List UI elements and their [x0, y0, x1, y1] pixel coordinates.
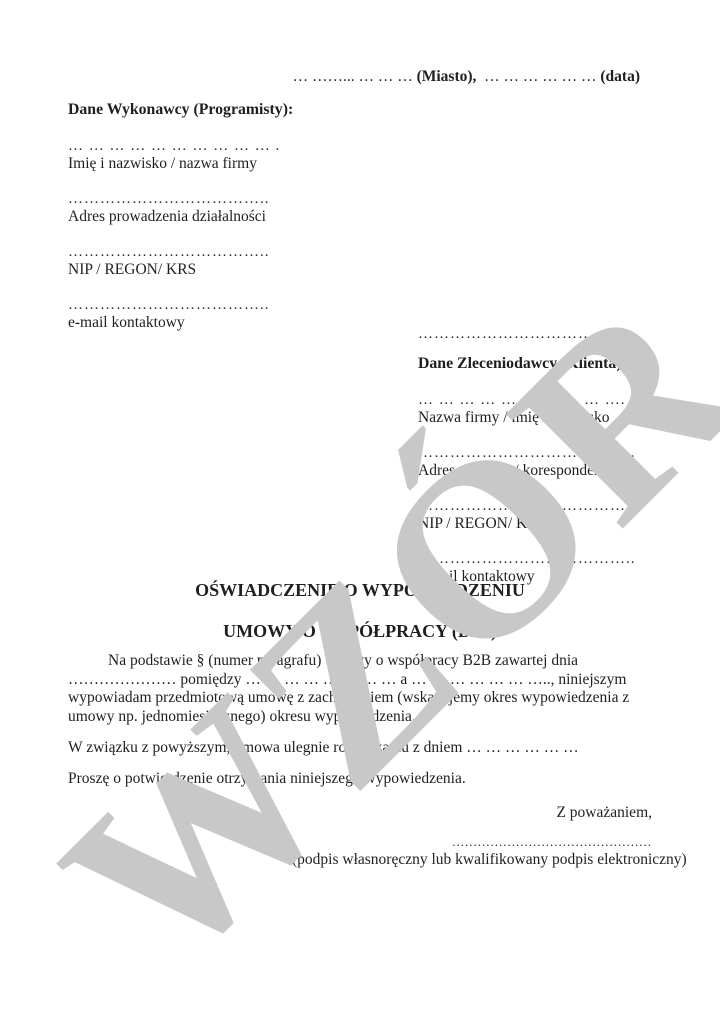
- field-label: Imię i nazwisko / nazwa firmy: [68, 155, 413, 172]
- contractor-header: Dane Wykonawcy (Programisty):: [68, 101, 413, 119]
- city-label: (Miasto),: [417, 68, 477, 85]
- city-date-spacer: [476, 68, 484, 85]
- paragraph-basis: Na podstawie § (numer paragrafu) umowy o…: [68, 652, 654, 726]
- date-dots: … … … … … …: [484, 68, 600, 85]
- city-date-line: … ……... … … … (Miasto), … … … … … … (dat…: [293, 68, 640, 86]
- paragraph-confirmation-request: Proszę o potwierdzenie otrzymania niniej…: [68, 770, 654, 789]
- dotted-line: ………………………………..: [68, 246, 413, 259]
- title-line-1: OŚWIADCZENIE O WYPOWIEDZENIU: [68, 580, 652, 601]
- client-block: …………………………………... Dane Zleceniodawcy (Kli…: [418, 328, 708, 585]
- dotted-line: ………………………………..: [68, 193, 413, 206]
- field-label: Adres prowadzenia działalności: [68, 208, 413, 225]
- signature-block: ........................................…: [292, 836, 652, 869]
- field-label: NIP / REGON/ KRS: [68, 261, 413, 278]
- client-field-name: … … … … … … … … … …. Nazwa firmy / imię …: [418, 394, 708, 426]
- field-label: NIP / REGON/ KRS: [418, 515, 708, 532]
- contractor-field-name: … … … … … … … … … … . Imię i nazwisko / …: [68, 140, 413, 172]
- body-text: Na podstawie § (numer paragrafu) umowy o…: [68, 652, 654, 789]
- client-field-nip: ………………………………….. NIP / REGON/ KRS: [418, 500, 708, 532]
- contractor-field-address: ……………………………….. Adres prowadzenia działal…: [68, 193, 413, 225]
- dotted-line: …………………………………...: [418, 328, 708, 341]
- document-page: … ……... … … … (Miasto), … … … … … … (dat…: [0, 0, 720, 1018]
- title-line-2: UMOWY O WSPÓŁPRACY (B2B): [68, 621, 652, 642]
- contractor-field-nip: ……………………………….. NIP / REGON/ KRS: [68, 246, 413, 278]
- dotted-line: ………………………………..: [68, 299, 413, 312]
- paragraph-termination-date: W związku z powyższym, umowa ulegnie roz…: [68, 739, 654, 758]
- dotted-line: …………………………………..: [418, 553, 708, 566]
- signature-caption: (podpis własnoręczny lub kwalifikowany p…: [292, 851, 652, 869]
- document-title: OŚWIADCZENIE O WYPOWIEDZENIU UMOWY O WSP…: [68, 580, 652, 642]
- date-label: (data): [600, 68, 640, 85]
- client-header: Dane Zleceniodawcy (Klienta):: [418, 355, 708, 373]
- dotted-line: …………………………………..: [418, 500, 708, 513]
- contractor-block: Dane Wykonawcy (Programisty): … … … … … …: [68, 101, 413, 331]
- dotted-line: … … … … … … … … … … .: [68, 140, 413, 153]
- field-label: e-mail kontaktowy: [68, 314, 413, 331]
- city-dots: … ……... … … …: [293, 68, 417, 85]
- closing-salutation: Z poważaniem,: [556, 804, 652, 822]
- client-field-address: ………………………………….. Adres siedziby / korespo…: [418, 447, 708, 479]
- dotted-line: …………………………………..: [418, 447, 708, 460]
- field-label: Adres siedziby / korespondencyjny: [418, 462, 708, 479]
- field-label: Nazwa firmy / imię i nazwisko: [418, 409, 708, 426]
- signature-dotted-line: ........................................…: [292, 836, 652, 848]
- dotted-line: … … … … … … … … … ….: [418, 394, 708, 407]
- contractor-field-email: ……………………………….. e-mail kontaktowy: [68, 299, 413, 331]
